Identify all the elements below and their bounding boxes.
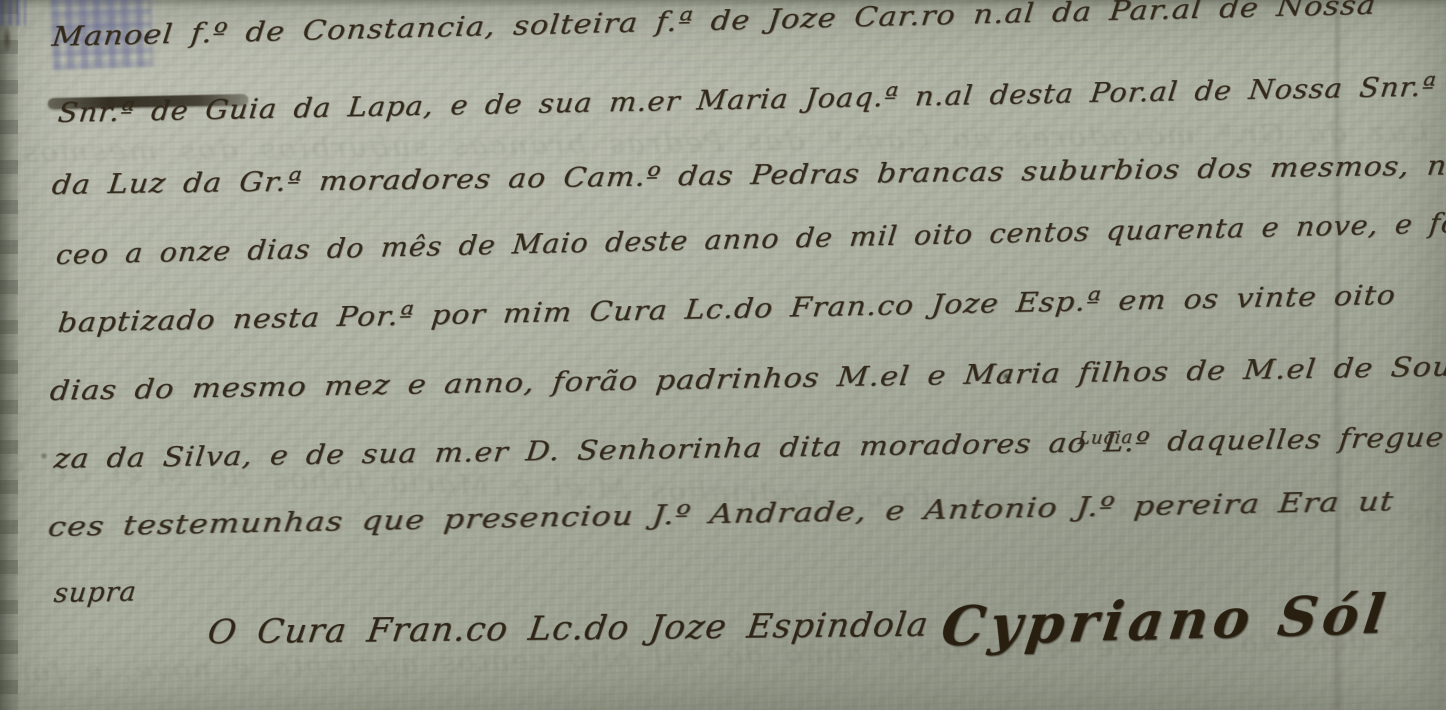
era-ut-supra-word: supra <box>52 577 138 609</box>
page-left-edge <box>0 0 18 710</box>
manuscript-line-5: baptizado nesta Por.ª por mim Cura Lc.do… <box>56 280 1397 339</box>
ink-spot <box>40 452 48 460</box>
ink-spot <box>2 24 12 54</box>
officiant-line: O Cura Fran.co Lc.do Joze Espindola <box>205 604 931 651</box>
manuscript-line-4: ceo a onze dias do mês de Maio deste ann… <box>54 208 1446 271</box>
margin-ink-stamp <box>0 0 26 26</box>
manuscript-page: da Luz da Gr.ª moradores ao Cam.º das Pe… <box>0 0 1446 710</box>
ink-spot <box>1002 372 1011 381</box>
interlinear-insertion: Lucia <box>1077 427 1134 449</box>
signature-cypriano: Cypriano Sól <box>938 582 1394 658</box>
manuscript-line-6: dias do mesmo mez e anno, forão padrinho… <box>48 352 1446 407</box>
manuscript-line-7: za da Silva, e de sua m.er D. Senhorinha… <box>52 422 1446 475</box>
